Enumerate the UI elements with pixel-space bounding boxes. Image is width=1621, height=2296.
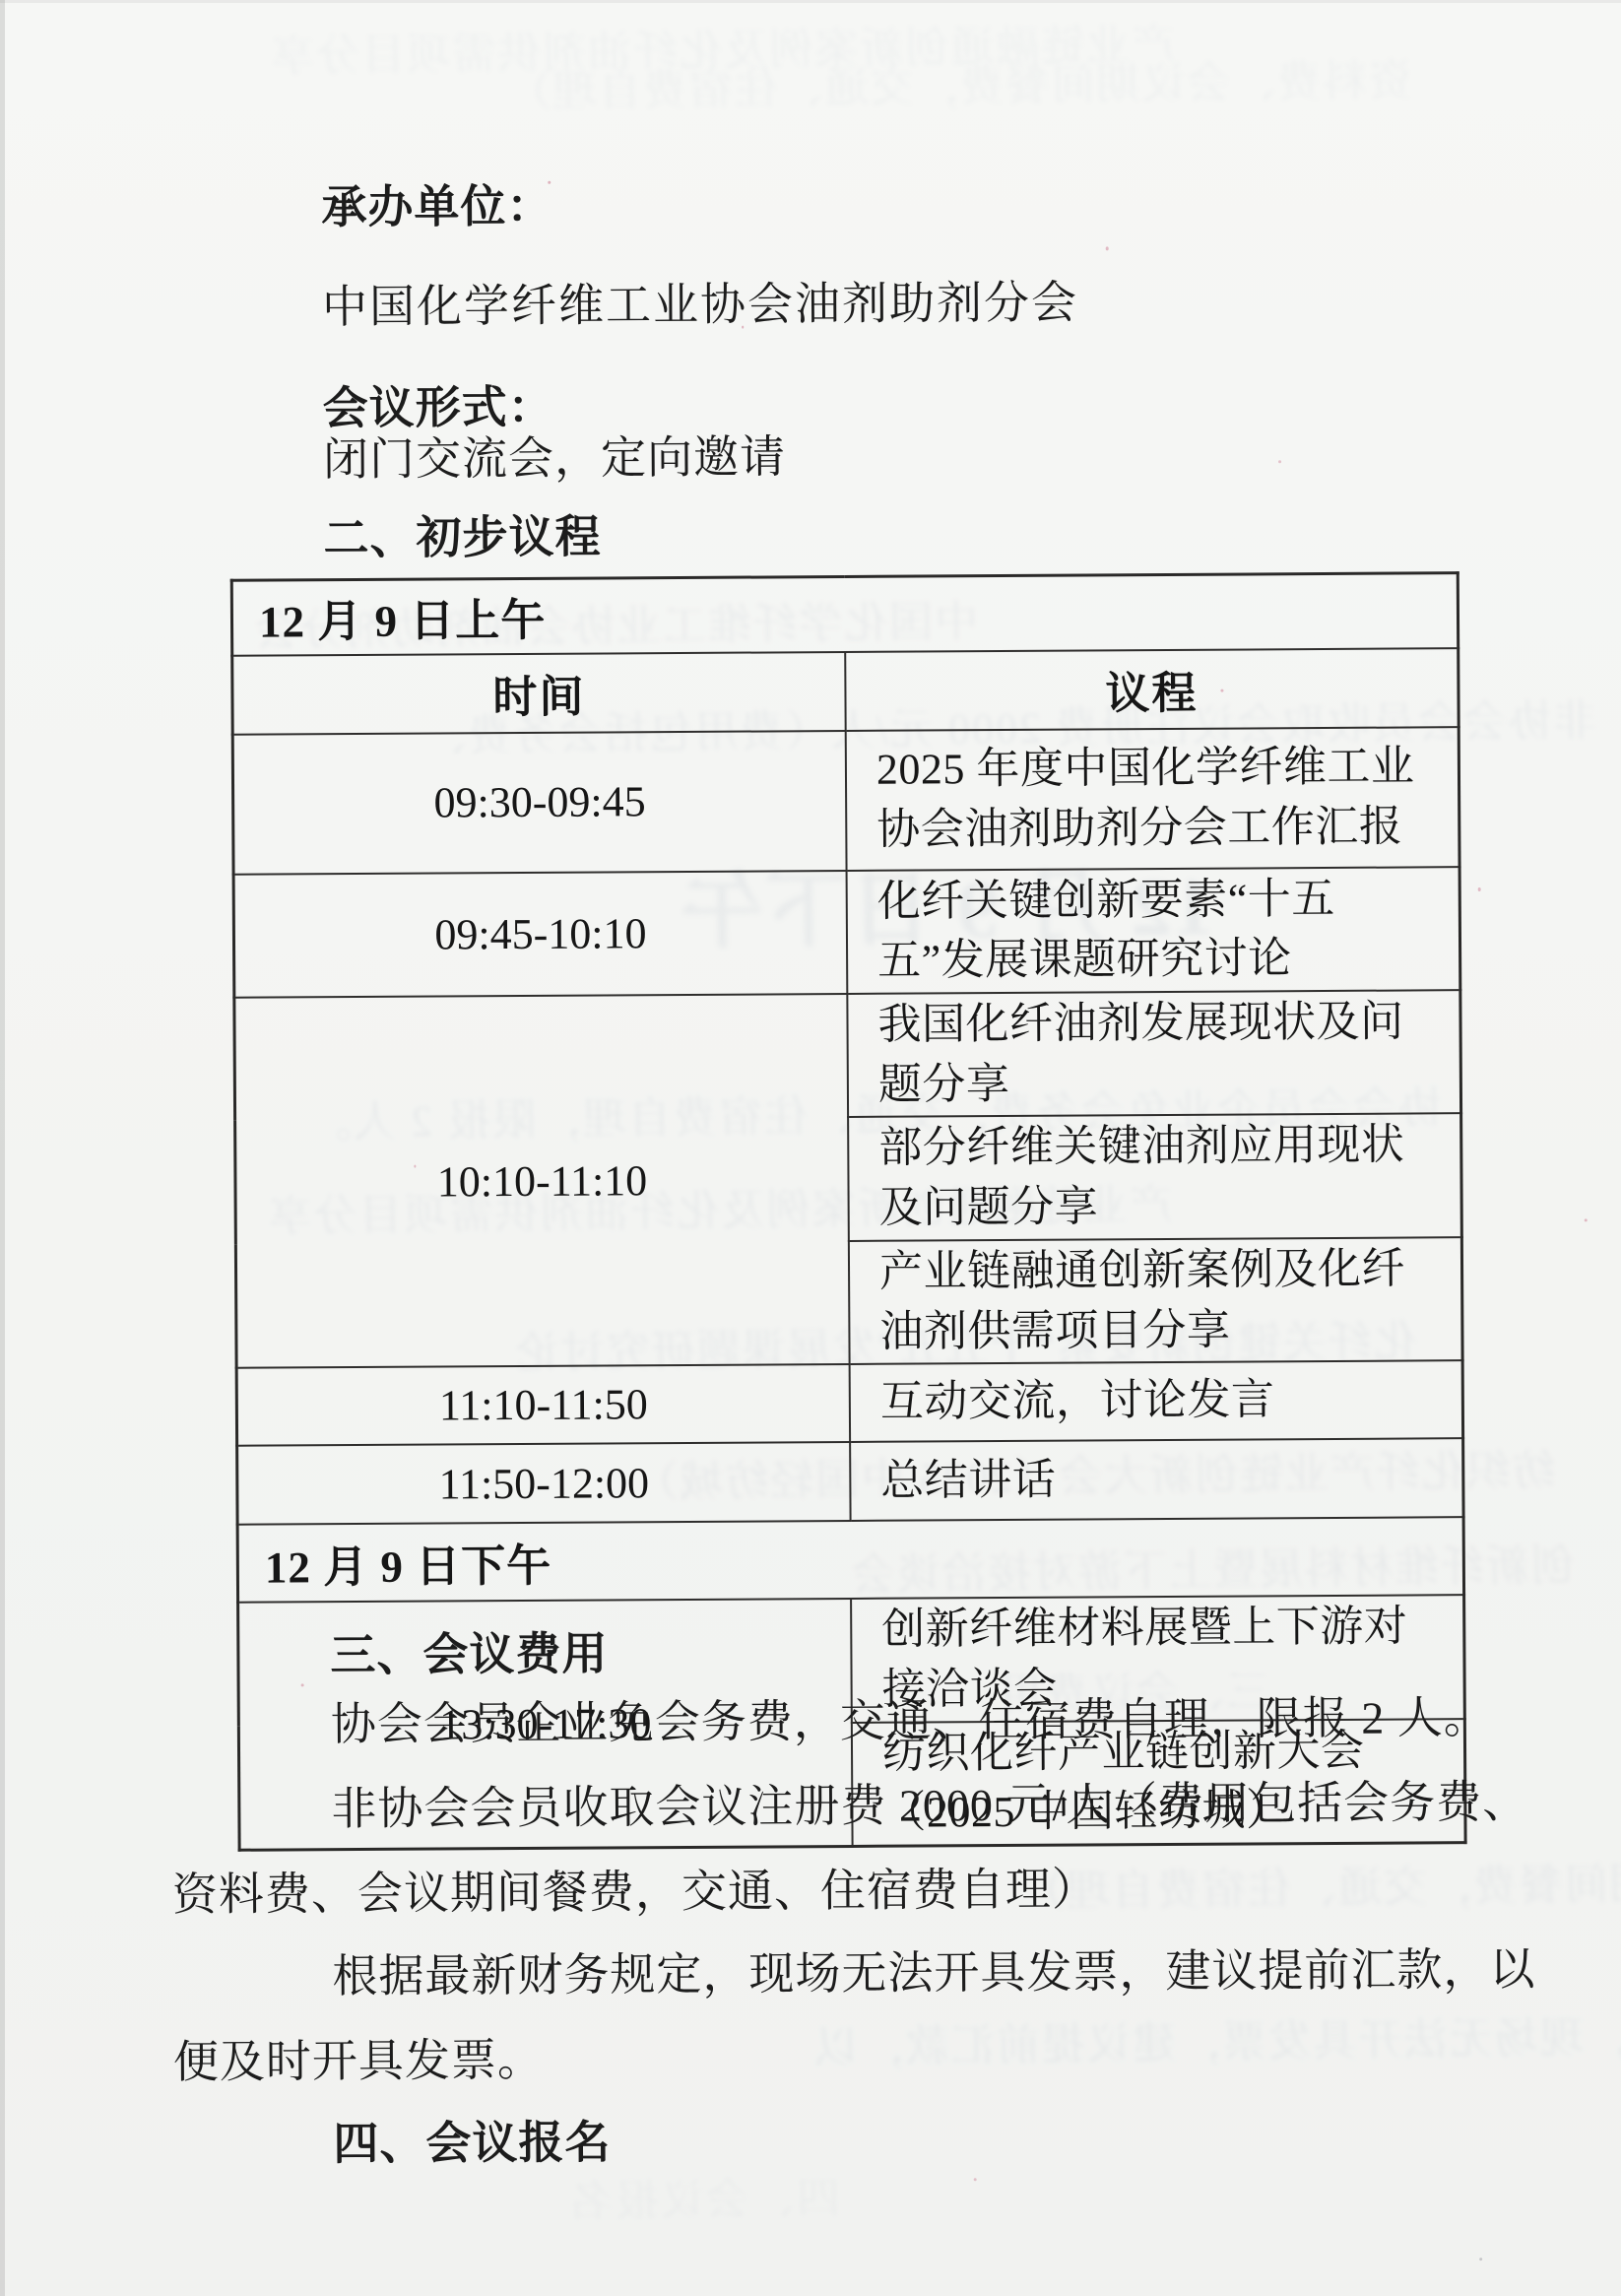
meeting-format-value: 闭门交流会，定向邀请	[323, 431, 786, 487]
section-heading-fees: 三、会议费用	[330, 1628, 608, 1682]
fees-line: 根据最新财务规定，现场无法开具发票，建议提前汇款，以	[332, 1944, 1535, 2003]
time-cell: 09:30-09:45	[232, 730, 846, 874]
fees-line: 协会会员企业免会务费，交通、住宿费自理，限报 2 人。	[331, 1692, 1490, 1751]
table-row: 10:10-11:10 我国化纤油剂发展现状及问题分享	[234, 990, 1461, 1121]
table-row: 09:45-10:10 化纤关键创新要素“十五五”发展课题研究讨论	[233, 867, 1460, 998]
agenda-cell: 化纤关键创新要素“十五五”发展课题研究讨论	[847, 867, 1460, 994]
time-cell: 09:45-10:10	[233, 870, 847, 997]
section-cell-afternoon: 12 月 9 日下午	[237, 1517, 1463, 1603]
column-header-agenda: 议程	[845, 648, 1459, 731]
bleedthrough-text: 资料费、会议期间餐费，交通、住宿费自理）	[505, 44, 1412, 119]
table-row: 11:50-12:00 总结讲话	[237, 1438, 1463, 1525]
fees-line: 便及时开具发票。	[173, 2035, 544, 2089]
organizer-name: 中国化学纤维工业协会油剂助剂分会	[322, 278, 1078, 335]
agenda-cell: 2025 年度中国化学纤维工业协会油剂助剂分会工作汇报	[846, 727, 1459, 871]
scan-speckle	[1585, 1218, 1588, 1221]
bleedthrough-text: 根据最新财务规定，现场无法开具发票，建议提前汇款，以	[812, 1997, 1621, 2075]
agenda-cell: 产业链融通创新案例及化纤油剂供需项目分享	[849, 1237, 1462, 1364]
fees-line: 资料费、会议期间餐费，交通、住宿费自理）	[172, 1864, 1098, 1922]
fees-line: 非协会会员收取会议注册费 2000 元/人（费用包括会务费、	[331, 1777, 1528, 1836]
table-row: 时间 议程	[232, 648, 1459, 735]
scan-speckle	[1478, 887, 1481, 891]
bleedthrough-text: 四、会议报名	[567, 2162, 840, 2229]
agenda-cell: 我国化纤油剂发展现状及问题分享	[847, 990, 1460, 1117]
table-row: 09:30-09:45 2025 年度中国化学纤维工业协会油剂助剂分会工作汇报	[232, 727, 1459, 875]
document-content: 产业链融通创新案例及化纤油剂供需项目分享 资料费、会议期间餐费，交通、住宿费自理…	[0, 0, 1621, 2296]
bleedthrough-text: 产业链融通创新案例及化纤油剂供需项目分享	[269, 9, 1176, 84]
table-row: 12 月 9 日下午	[237, 1517, 1463, 1603]
scan-speckle	[1106, 246, 1109, 250]
time-cell-merged: 10:10-11:10	[234, 994, 850, 1368]
column-header-time: 时间	[232, 651, 846, 734]
section-heading-registration: 四、会议报名	[333, 2117, 611, 2171]
organizer-label: 承办单位：	[321, 181, 552, 234]
scan-speckle	[974, 2178, 977, 2181]
table-row: 11:10-11:50 互动交流，讨论发言	[236, 1360, 1462, 1446]
agenda-cell: 互动交流，讨论发言	[850, 1360, 1463, 1442]
table-row: 12 月 9 日上午	[231, 573, 1458, 656]
agenda-cell: 部分纤维关键油剂应用现状及问题分享	[848, 1114, 1461, 1241]
scanned-document-page: 产业链融通创新案例及化纤油剂供需项目分享 资料费、会议期间餐费，交通、住宿费自理…	[0, 0, 1621, 2296]
agenda-cell: 总结讲话	[850, 1438, 1463, 1521]
section-heading-agenda: 二、初步议程	[323, 511, 601, 565]
time-cell: 11:10-11:50	[236, 1364, 850, 1446]
scan-speckle	[1278, 460, 1281, 463]
scan-speckle	[1479, 2258, 1482, 2261]
bleedthrough-text: 资料费、会议期间餐费，交通、住宿费自理）	[1018, 1844, 1621, 1919]
section-cell-morning: 12 月 9 日上午	[231, 573, 1458, 656]
time-cell: 11:50-12:00	[237, 1442, 851, 1525]
meeting-format-label: 会议形式：	[323, 382, 554, 435]
